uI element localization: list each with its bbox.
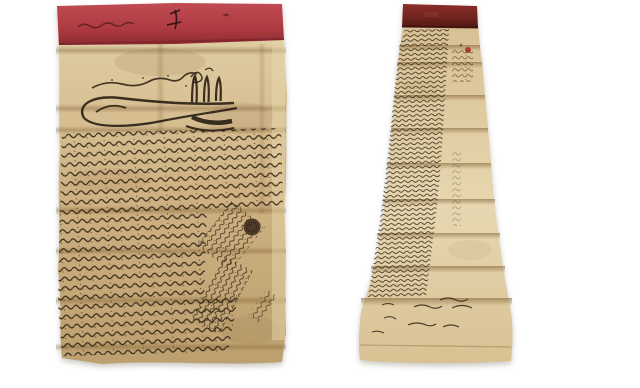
ink-seal [244, 219, 261, 236]
right-scroll [359, 4, 513, 363]
paper-stain [448, 240, 492, 260]
left-scroll [56, 3, 287, 364]
red-seal-mark [465, 47, 471, 53]
fold-crease [56, 104, 286, 113]
arabic-text-block-middle [58, 208, 207, 302]
photo-canvas [0, 0, 640, 388]
faint-marginal-column [452, 150, 461, 226]
manuscripts-photo [0, 0, 640, 388]
marginal-note-with-seal [452, 44, 473, 82]
fold-crease [56, 46, 286, 55]
band-ink-dot [223, 14, 229, 17]
arabic-text-block-upper [60, 128, 283, 212]
right-header-band [402, 4, 478, 28]
right-band-texture [424, 12, 438, 17]
right-band-lower-edge [402, 27, 478, 28]
